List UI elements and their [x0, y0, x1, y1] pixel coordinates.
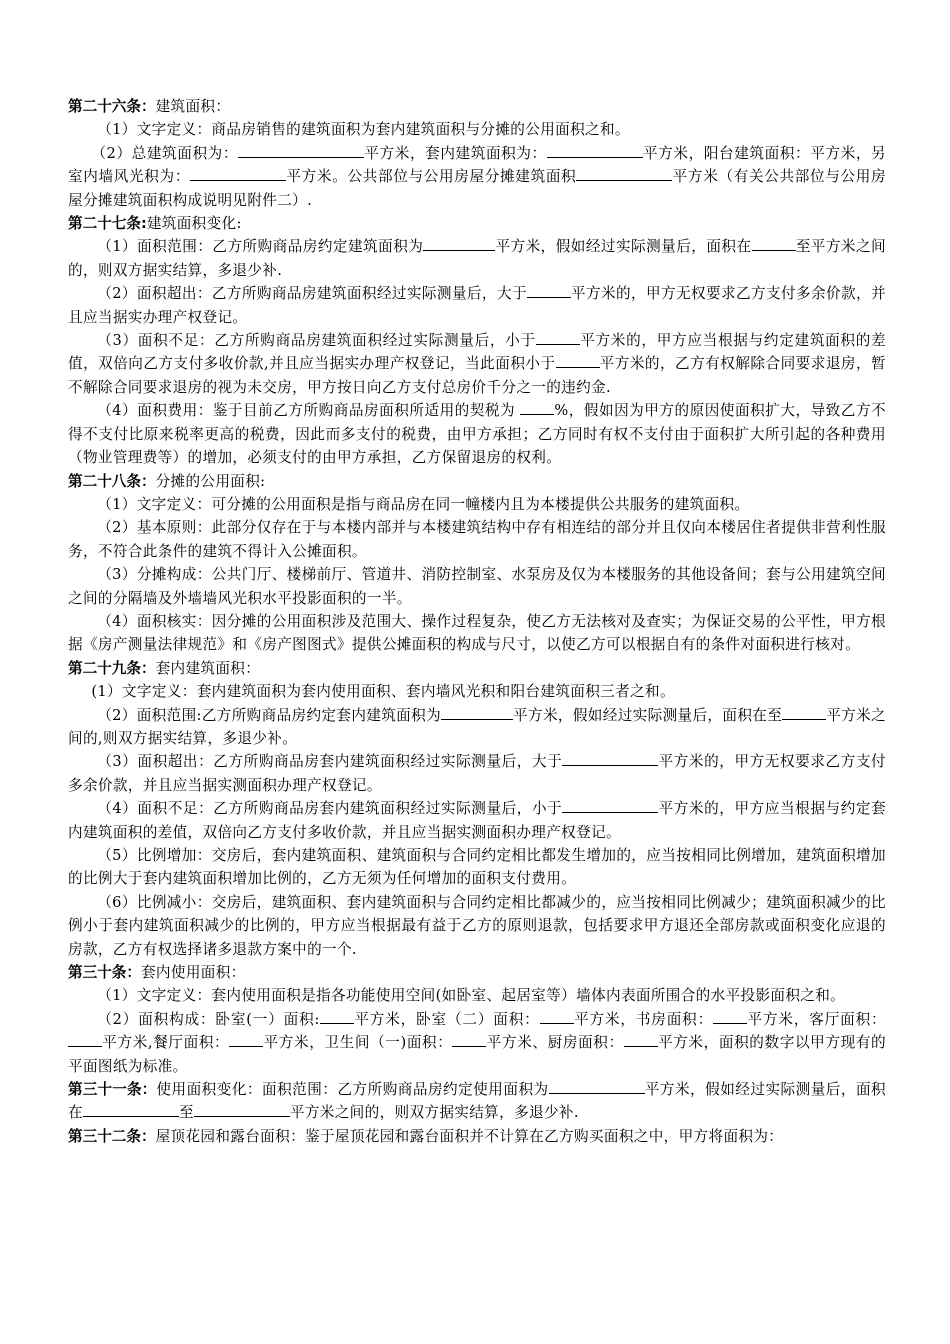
clause-text: （3）面积不足：乙方所购商品房建筑面积经过实际测量后，小于: [97, 332, 536, 349]
clause-text: 平方米，书房面积：: [574, 1011, 713, 1028]
article-29-heading: 第二十九条：套内建筑面积：: [68, 657, 886, 680]
article-number: 第二十九条：: [68, 660, 156, 677]
article-number: 第三十条：: [68, 964, 141, 981]
article-27-heading: 第二十七条:建筑面积变化:: [68, 212, 886, 235]
clause-text: 至: [796, 238, 811, 255]
article-title: 分摊的公用面积:: [156, 473, 266, 490]
article-28-heading: 第二十八条：分摊的公用面积:: [68, 470, 886, 493]
article-title: 套内使用面积：: [141, 964, 246, 981]
clause-text: （3）面积超出：乙方所购商品房套内建筑面积经过实际测量后，大于: [97, 753, 562, 770]
clause-text: （3）分摊构成：公共门厅、楼梯前厅、管道井、消防控制室、水泵房及仅为本楼服务的其…: [68, 566, 886, 606]
clause-text: （2）面积构成：卧室(一）面积:: [97, 1011, 320, 1028]
clause: （2）基本原则：此部分仅存在于与本楼内部并与本楼建筑结构中存有相连结的部分并且仅…: [68, 516, 886, 563]
blank-field[interactable]: [782, 704, 826, 720]
clause-text: 平方米之间的，则双方据实结算，多退少补.: [290, 1104, 579, 1121]
clause: （3）分摊构成：公共门厅、楼梯前厅、管道井、消防控制室、水泵房及仅为本楼服务的其…: [68, 563, 886, 610]
clause: （1）面积范围：乙方所购商品房约定建筑面积为平方米，假如经过实际测量后，面积在至…: [68, 235, 886, 282]
blank-field[interactable]: [83, 1101, 179, 1117]
blank-field[interactable]: [238, 142, 364, 158]
blank-field[interactable]: [441, 704, 513, 720]
clause: （1）文字定义：可分摊的公用面积是指与商品房在同一幢楼内且为本楼提供公共服务的建…: [68, 493, 886, 516]
clause-text: (1）文字定义：套内建筑面积为套内使用面积、套内墙风光积和阳台建筑面积三者之和。: [91, 683, 675, 700]
clause-text: （6）比例减小：交房后，建筑面积、套内建筑面积与合同约定相比都减少的，应当按相同…: [68, 894, 886, 958]
clause: （2）面积超出：乙方所购商品房建筑面积经过实际测量后，大于平方米的，甲方无权要求…: [68, 282, 886, 329]
clause-text: （4）面积不足：乙方所购商品房套内建筑面积经过实际测量后，小于: [97, 800, 562, 817]
blank-field[interactable]: [752, 235, 796, 251]
clause-text: （1）文字定义：可分摊的公用面积是指与商品房在同一幢楼内且为本楼提供公共服务的建…: [97, 496, 749, 513]
blank-field[interactable]: [190, 165, 286, 181]
clause: （1）文字定义：商品房销售的建筑面积为套内建筑面积与分摊的公用面积之和。: [68, 118, 886, 141]
blank-field[interactable]: [229, 1031, 263, 1047]
clause: （2）面积范围:乙方所购商品房约定套内建筑面积为平方米，假如经过实际测量后，面积…: [68, 704, 886, 751]
clause-text: 平方米,餐厅面积：: [102, 1034, 229, 1051]
blank-field[interactable]: [320, 1008, 354, 1024]
clause-text: （2）面积超出：乙方所购商品房建筑面积经过实际测量后，大于: [97, 285, 527, 302]
article-title: 套内建筑面积：: [156, 660, 261, 677]
clause-text: （5）比例增加：交房后，套内建筑面积、建筑面积与合同约定相比都发生增加的，应当按…: [68, 847, 886, 887]
blank-field[interactable]: [520, 399, 554, 415]
clause-text: 平方米，阳台建筑面积：: [643, 145, 810, 162]
blank-field[interactable]: [527, 282, 571, 298]
clause: （3）面积超出：乙方所购商品房套内建筑面积经过实际测量后，大于平方米的，甲方无权…: [68, 750, 886, 797]
clause-text: 至: [179, 1104, 194, 1121]
blank-field[interactable]: [452, 1031, 486, 1047]
blank-field[interactable]: [68, 1031, 102, 1047]
clause: (1）文字定义：套内建筑面积为套内使用面积、套内墙风光积和阳台建筑面积三者之和。: [68, 680, 886, 703]
clause-text: （1）文字定义：套内使用面积是指各功能使用空间(如卧室、起居室等）墙体内表面所围…: [97, 987, 845, 1004]
clause: （5）比例增加：交房后，套内建筑面积、建筑面积与合同约定相比都发生增加的，应当按…: [68, 844, 886, 891]
article-number: 第二十八条：: [68, 473, 156, 490]
clause-text: 平方米，卧室（二）面积：: [354, 1011, 540, 1028]
clause-text: （1）文字定义：商品房销售的建筑面积为套内建筑面积与分摊的公用面积之和。: [97, 121, 630, 138]
article-title: 建筑面积：: [156, 98, 231, 115]
clause-text: 平方米，卫生间（一)面积：: [263, 1034, 452, 1051]
clause-text: 平方米，套内建筑面积为：: [364, 145, 547, 162]
clause-text: （4）面积费用：鉴于目前乙方所购商品房面积所适用的契税为: [97, 402, 520, 419]
clause-text: 平方米，假如经过实际测量后，面积在: [513, 707, 767, 724]
clause-text: 平方米、厨房面积：: [486, 1034, 623, 1051]
clause-text: （2）面积范围:乙方所购商品房约定套内建筑面积为: [97, 707, 441, 724]
blank-field[interactable]: [536, 329, 580, 345]
blank-field[interactable]: [547, 142, 643, 158]
article-number: 第三十二条：: [68, 1128, 156, 1145]
blank-field[interactable]: [549, 1078, 645, 1094]
clause-text: （2）总建筑面积为：: [91, 145, 238, 162]
article-number: 第二十六条：: [68, 98, 156, 115]
article-26-heading: 第二十六条：建筑面积：: [68, 95, 886, 118]
blank-field[interactable]: [576, 165, 672, 181]
clause: （2）总建筑面积为：平方米，套内建筑面积为：平方米，阳台建筑面积：平方米，另室内…: [68, 142, 886, 212]
clause: （4）面积核实：因分摊的公用面积涉及范围大、操作过程复杂，使乙方无法核对及查实；…: [68, 610, 886, 657]
article-32: 第三十二条：屋顶花园和露台面积：鉴于屋顶花园和露台面积并不计算在乙方购买面积之中…: [68, 1125, 886, 1148]
blank-field[interactable]: [624, 1031, 658, 1047]
clause-text: 平方米，客厅面积：: [747, 1011, 886, 1028]
article-30-heading: 第三十条：套内使用面积：: [68, 961, 886, 984]
clause-text: 屋顶花园和露台面积：鉴于屋顶花园和露台面积并不计算在乙方购买面积之中，甲方将面积…: [156, 1128, 784, 1145]
clause-text: 使用面积变化：面积范围：乙方所购商品房约定使用面积为: [156, 1081, 548, 1098]
clause: （6）比例减小：交房后，建筑面积、套内建筑面积与合同约定相比都减少的，应当按相同…: [68, 891, 886, 961]
clause-text: （1）面积范围：乙方所购商品房约定建筑面积为: [97, 238, 423, 255]
blank-field[interactable]: [540, 1008, 574, 1024]
clause-text: 平方米，假如经过实际测量后，面积在: [495, 238, 751, 255]
clause-text: （4）面积核实：因分摊的公用面积涉及范围大、操作过程复杂，使乙方无法核对及查实；…: [68, 613, 886, 653]
blank-field[interactable]: [562, 750, 658, 766]
blank-field[interactable]: [423, 235, 495, 251]
clause: （1）文字定义：套内使用面积是指各功能使用空间(如卧室、起居室等）墙体内表面所围…: [68, 984, 886, 1007]
blank-field[interactable]: [194, 1101, 290, 1117]
blank-field[interactable]: [713, 1008, 747, 1024]
clause: （2）面积构成：卧室(一）面积:平方米，卧室（二）面积：平方米，书房面积：平方米…: [68, 1008, 886, 1078]
clause-text: （2）基本原则：此部分仅存在于与本楼内部并与本楼建筑结构中存有相连结的部分并且仅…: [68, 519, 886, 559]
article-title: 建筑面积变化:: [147, 215, 242, 232]
contract-document: 第二十六条：建筑面积： （1）文字定义：商品房销售的建筑面积为套内建筑面积与分摊…: [68, 95, 886, 1148]
blank-field[interactable]: [556, 352, 600, 368]
clause-text: 平方米。公共部位与公用房屋分摊建筑面积: [286, 168, 576, 185]
blank-field[interactable]: [562, 797, 658, 813]
article-number: 第二十七条:: [68, 215, 147, 232]
clause-text: 至: [767, 707, 782, 724]
article-number: 第三十一条：: [68, 1081, 156, 1098]
clause: （4）面积不足：乙方所购商品房套内建筑面积经过实际测量后，小于平方米的，甲方应当…: [68, 797, 886, 844]
clause: （4）面积费用：鉴于目前乙方所购商品房面积所适用的契税为 %，假如因为甲方的原因…: [68, 399, 886, 469]
clause: （3）面积不足：乙方所购商品房建筑面积经过实际测量后，小于平方米的，甲方应当根据…: [68, 329, 886, 399]
article-31: 第三十一条：使用面积变化：面积范围：乙方所购商品房约定使用面积为平方米，假如经过…: [68, 1078, 886, 1125]
